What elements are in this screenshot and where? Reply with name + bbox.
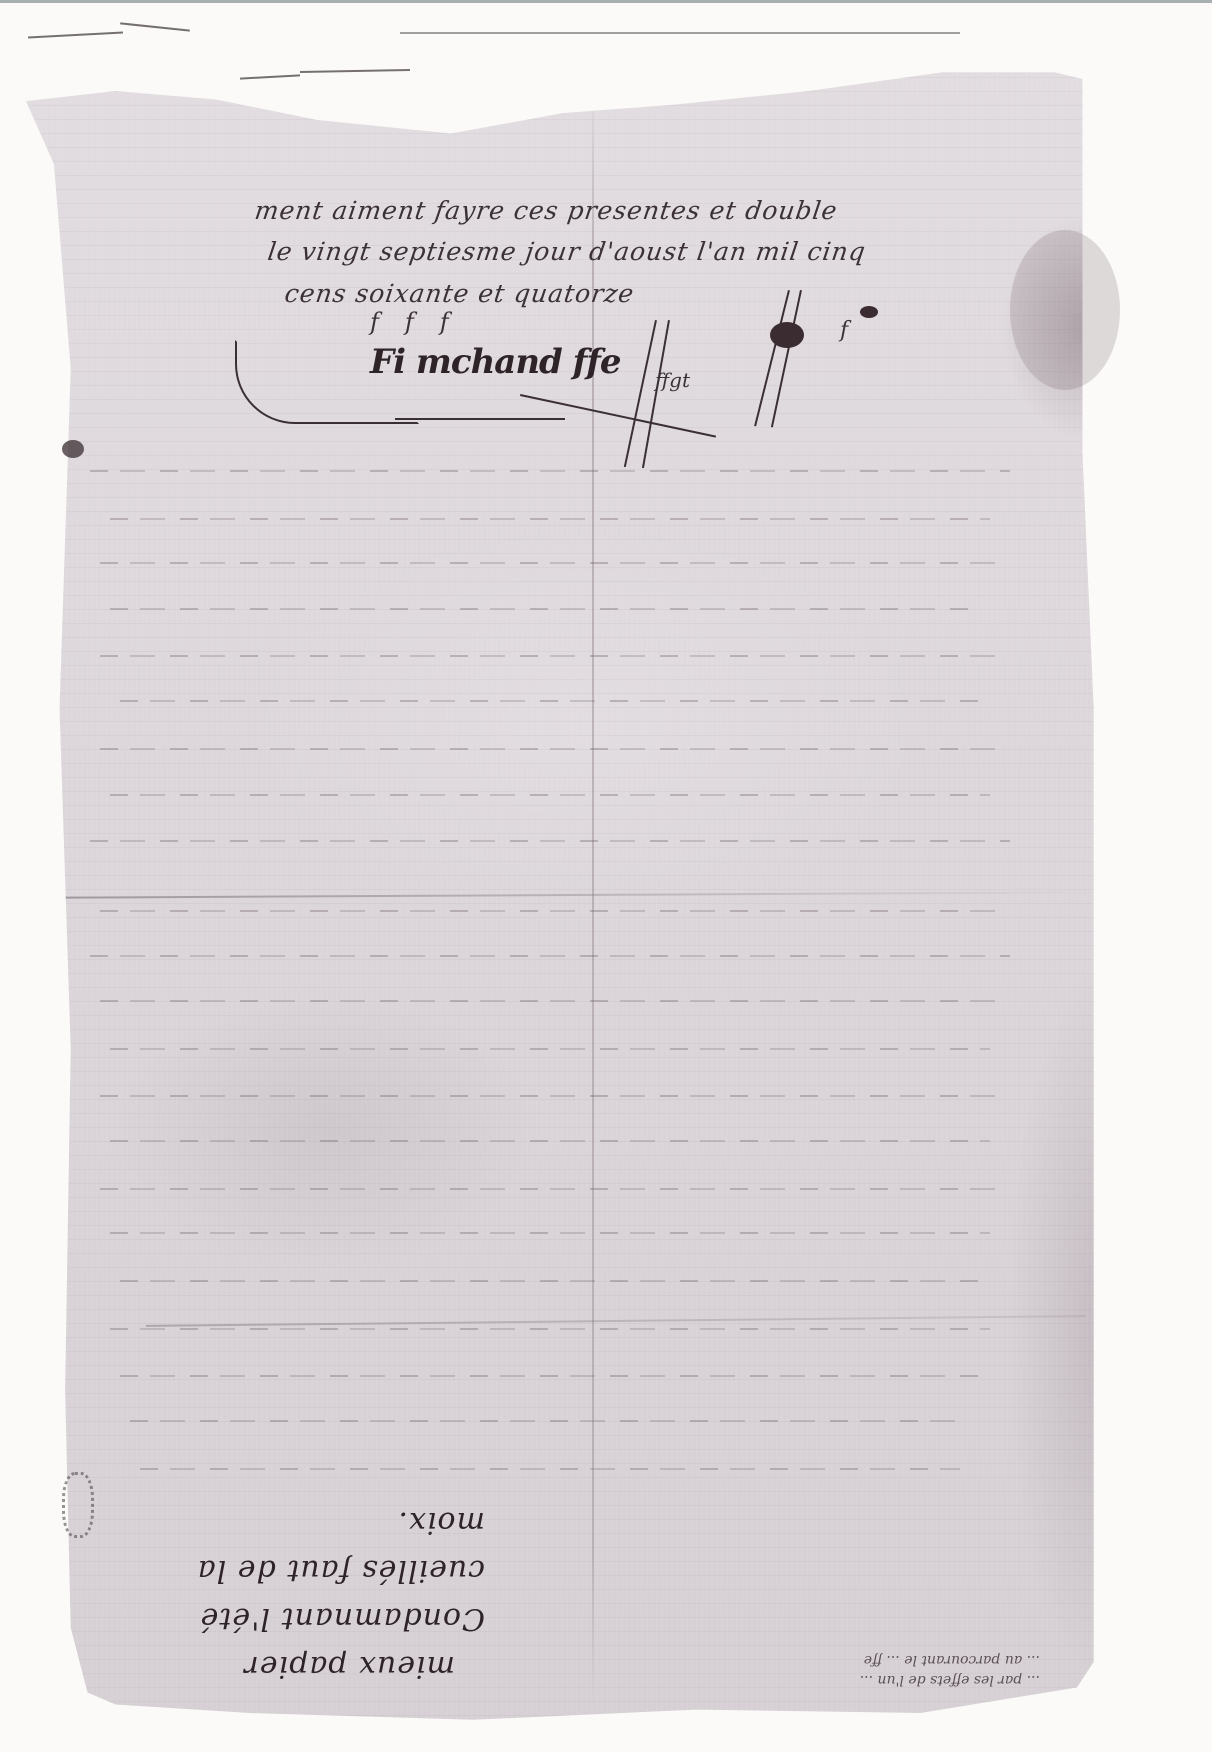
endorsement-line-2: Condamnant l'été [115, 1594, 495, 1642]
bottom-note-inverted: ... par les effets de l'un ... ... au pa… [640, 1650, 1040, 1690]
signature-mark-right: f [840, 318, 848, 343]
bleed-through-line [90, 840, 1010, 842]
bleed-through-line [110, 608, 980, 610]
bleed-through-line [120, 1280, 980, 1282]
bleed-through-line [90, 470, 1010, 472]
bleed-through-line [100, 655, 1000, 657]
bottom-note-line-2: ... au parcourant le ... ffe [640, 1650, 1040, 1670]
manuscript-line-2: le vingt septiesme jour d'aoust l'an mil… [266, 237, 868, 266]
signature-marks: fff [370, 308, 475, 336]
signature-mark: f [405, 308, 440, 336]
vertical-fold-line [592, 88, 594, 1708]
bleed-through-line [100, 1000, 1000, 1002]
scan-border-line [0, 0, 1212, 3]
bleed-through-line [110, 518, 990, 520]
bleed-through-line [110, 1328, 990, 1330]
bleed-through-line [90, 955, 1010, 957]
archive-stamp-mark [62, 1472, 94, 1538]
bleed-through-line [110, 794, 990, 796]
bleed-through-line [110, 1048, 990, 1050]
manuscript-line-1: ment aiment fayre ces presentes et doubl… [253, 196, 840, 225]
signature-mark: f [370, 308, 405, 336]
bleed-through-line [130, 1420, 970, 1422]
endorsement-line-4: moix. [115, 1498, 495, 1546]
signature-flourish [235, 340, 419, 424]
bottom-note-line-1: ... par les effets de l'un ... [640, 1670, 1040, 1690]
bleed-through-line [100, 1188, 1000, 1190]
torn-edge [240, 74, 300, 79]
bleed-through-line [100, 1095, 1000, 1097]
bleed-through-line [100, 910, 1010, 912]
torn-edge [300, 69, 410, 73]
bleed-through-line [120, 700, 980, 702]
bleed-through-line [110, 1140, 990, 1142]
bleed-through-line [120, 1375, 980, 1377]
endorsement-inverted: mieux papier Condamnant l'été cueillés f… [115, 1490, 495, 1690]
bleed-through-line [110, 1232, 990, 1234]
endorsement-line-3: cueillés faut de la [115, 1546, 495, 1594]
ink-blot [860, 306, 878, 318]
bleed-through-line [140, 1468, 960, 1470]
torn-edge [28, 32, 123, 39]
torn-edge [120, 22, 190, 31]
bleed-through-line [100, 748, 1000, 750]
signature-underline [395, 418, 565, 420]
bleed-through-line [100, 562, 1000, 564]
torn-edge [400, 32, 960, 34]
manuscript-line-3: cens soixante et quatorze [283, 279, 636, 308]
endorsement-line-1: mieux papier [115, 1642, 495, 1690]
signature-mark: f [440, 308, 475, 336]
ink-blot [770, 322, 804, 348]
ink-blot [62, 440, 84, 458]
water-stain [1010, 230, 1120, 390]
